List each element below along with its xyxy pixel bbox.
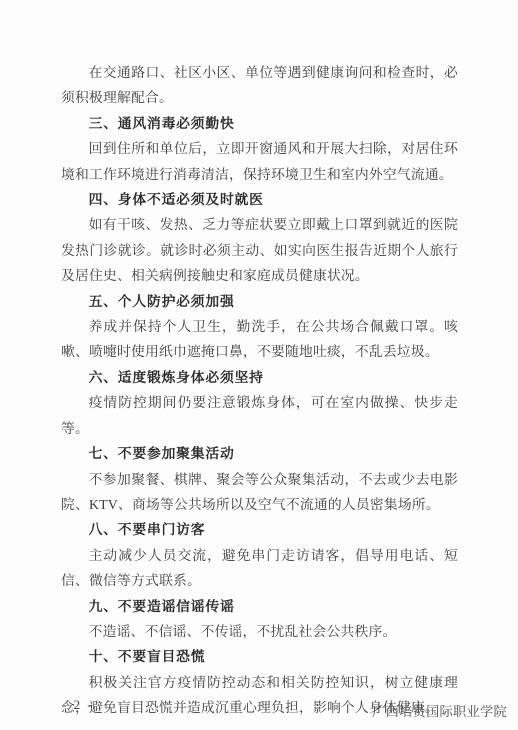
section-heading: 十、不要盲目恐慌	[61, 644, 458, 669]
body-paragraph: 不参加聚餐、棋牌、聚会等公众聚集活动，不去或少去电影院、KTV、商场等公共场所以…	[61, 467, 458, 518]
document-body: 在交通路口、社区小区、单位等遇到健康询问和检查时，必须积极理解配合。三、通风消毒…	[61, 60, 458, 721]
section-heading: 五、个人防护必须加强	[61, 289, 458, 314]
body-paragraph: 养成并保持个人卫生，勤洗手，在公共场合佩戴口罩。咳嗽、喷嚏时使用纸巾遮掩口鼻，不…	[61, 314, 458, 365]
section-heading: 八、不要串门访客	[61, 517, 458, 542]
body-paragraph: 不造谣、不信谣、不传谣，不扰乱社会公共秩序。	[61, 619, 458, 644]
page-number: - 2 -	[62, 697, 94, 713]
section-heading: 七、不要参加聚集活动	[61, 441, 458, 466]
body-paragraph: 回到住所和单位后，立即开窗通风和开展大扫除，对居住环境和工作环境进行消毒清洁，保…	[61, 136, 458, 187]
section-heading: 六、适度锻炼身体必须坚持	[61, 365, 458, 390]
body-paragraph: 疫情防控期间仍要注意锻炼身体，可在室内做操、快步走等。	[61, 390, 458, 441]
document-page: 在交通路口、社区小区、单位等遇到健康询问和检查时，必须积极理解配合。三、通风消毒…	[0, 0, 518, 730]
section-heading: 三、通风消毒必须勤快	[61, 111, 458, 136]
section-heading: 九、不要造谣信谣传谣	[61, 594, 458, 619]
body-paragraph: 主动减少人员交流，避免串门走访请客，倡导用电话、短信、微信等方式联系。	[61, 543, 458, 594]
body-paragraph: 如有干咳、发热、乏力等症状要立即戴上口罩到就近的医院发热门诊就诊。就诊时必须主动…	[61, 212, 458, 288]
institution-name: 广西培贤国际职业学院	[372, 701, 507, 720]
body-paragraph: 在交通路口、社区小区、单位等遇到健康询问和检查时，必须积极理解配合。	[61, 60, 458, 111]
section-heading: 四、身体不适必须及时就医	[61, 187, 458, 212]
